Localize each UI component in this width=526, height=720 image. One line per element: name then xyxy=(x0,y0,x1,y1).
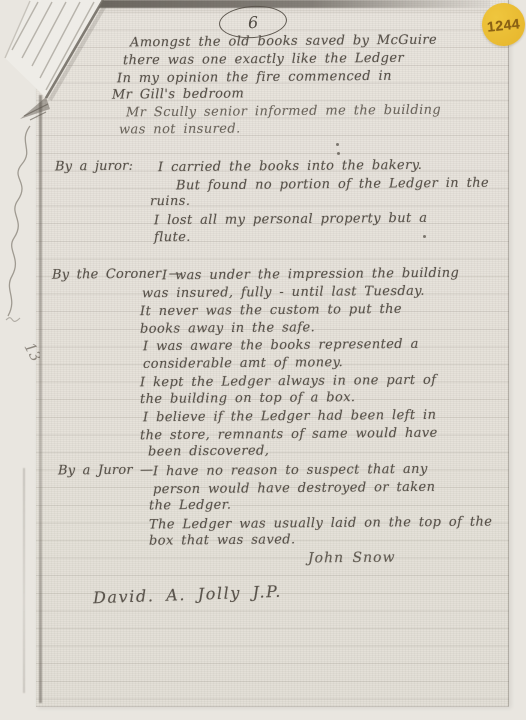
handwritten-line: ruins. xyxy=(150,193,190,211)
handwritten-line: been discovered, xyxy=(148,442,269,461)
handwritten-line: books away in the safe. xyxy=(140,319,315,338)
handwritten-line: there was one exactly like the Ledger xyxy=(123,50,404,70)
handwritten-line: person would have destroyed or taken xyxy=(153,479,436,499)
handwritten-line: I lost all my personal property but a xyxy=(154,210,427,230)
scanned-document-photo: 13 6 1244 Amongst the old books saved by… xyxy=(0,0,526,720)
ink-dot xyxy=(423,235,426,238)
witness-signature: John Snow xyxy=(308,550,396,568)
handwritten-line: Mr Scully senior informed me the buildin… xyxy=(126,102,441,122)
handwritten-line: I carried the books into the bakery. xyxy=(158,157,422,177)
margin-scribble: 13 xyxy=(0,120,40,370)
handwritten-line: I have no reason to suspect that any xyxy=(153,461,428,481)
speaker-label: By a juror: xyxy=(55,158,133,176)
handwritten-line: I was aware the books represented a xyxy=(143,336,419,356)
handwritten-line: But found no portion of the Ledger in th… xyxy=(176,175,489,195)
handwritten-line: the building on top of a box. xyxy=(140,389,356,408)
handwritten-line: flute. xyxy=(154,229,191,247)
sticker-number: 1244 xyxy=(486,15,521,34)
handwritten-line: box that was saved. xyxy=(149,531,296,550)
handwritten-line: considerable amt of money. xyxy=(143,354,343,373)
margin-note: 13 xyxy=(20,339,40,364)
handwritten-line: was not insured. xyxy=(119,120,241,139)
handwritten-line: I believe if the Ledger had been left in xyxy=(143,407,436,427)
handwritten-line: was insured, fully - until last Tuesday. xyxy=(142,283,425,303)
page-torn-edge xyxy=(23,468,25,693)
ink-dot xyxy=(337,152,340,155)
speaker-label: By a Juror — xyxy=(58,462,153,480)
handwritten-line: the store, remnants of same would have xyxy=(140,425,438,445)
ink-dot xyxy=(336,143,339,146)
page-number: 6 xyxy=(247,12,258,32)
handwritten-line: It never was the custom to put the xyxy=(140,301,402,321)
handwritten-line: Mr Gill's bedroom xyxy=(112,85,244,104)
handwritten-line: The Ledger was usually laid on the top o… xyxy=(149,514,492,535)
handwritten-line: the Ledger. xyxy=(149,497,232,515)
handwritten-line: In my opinion the fire commenced in xyxy=(117,68,392,88)
